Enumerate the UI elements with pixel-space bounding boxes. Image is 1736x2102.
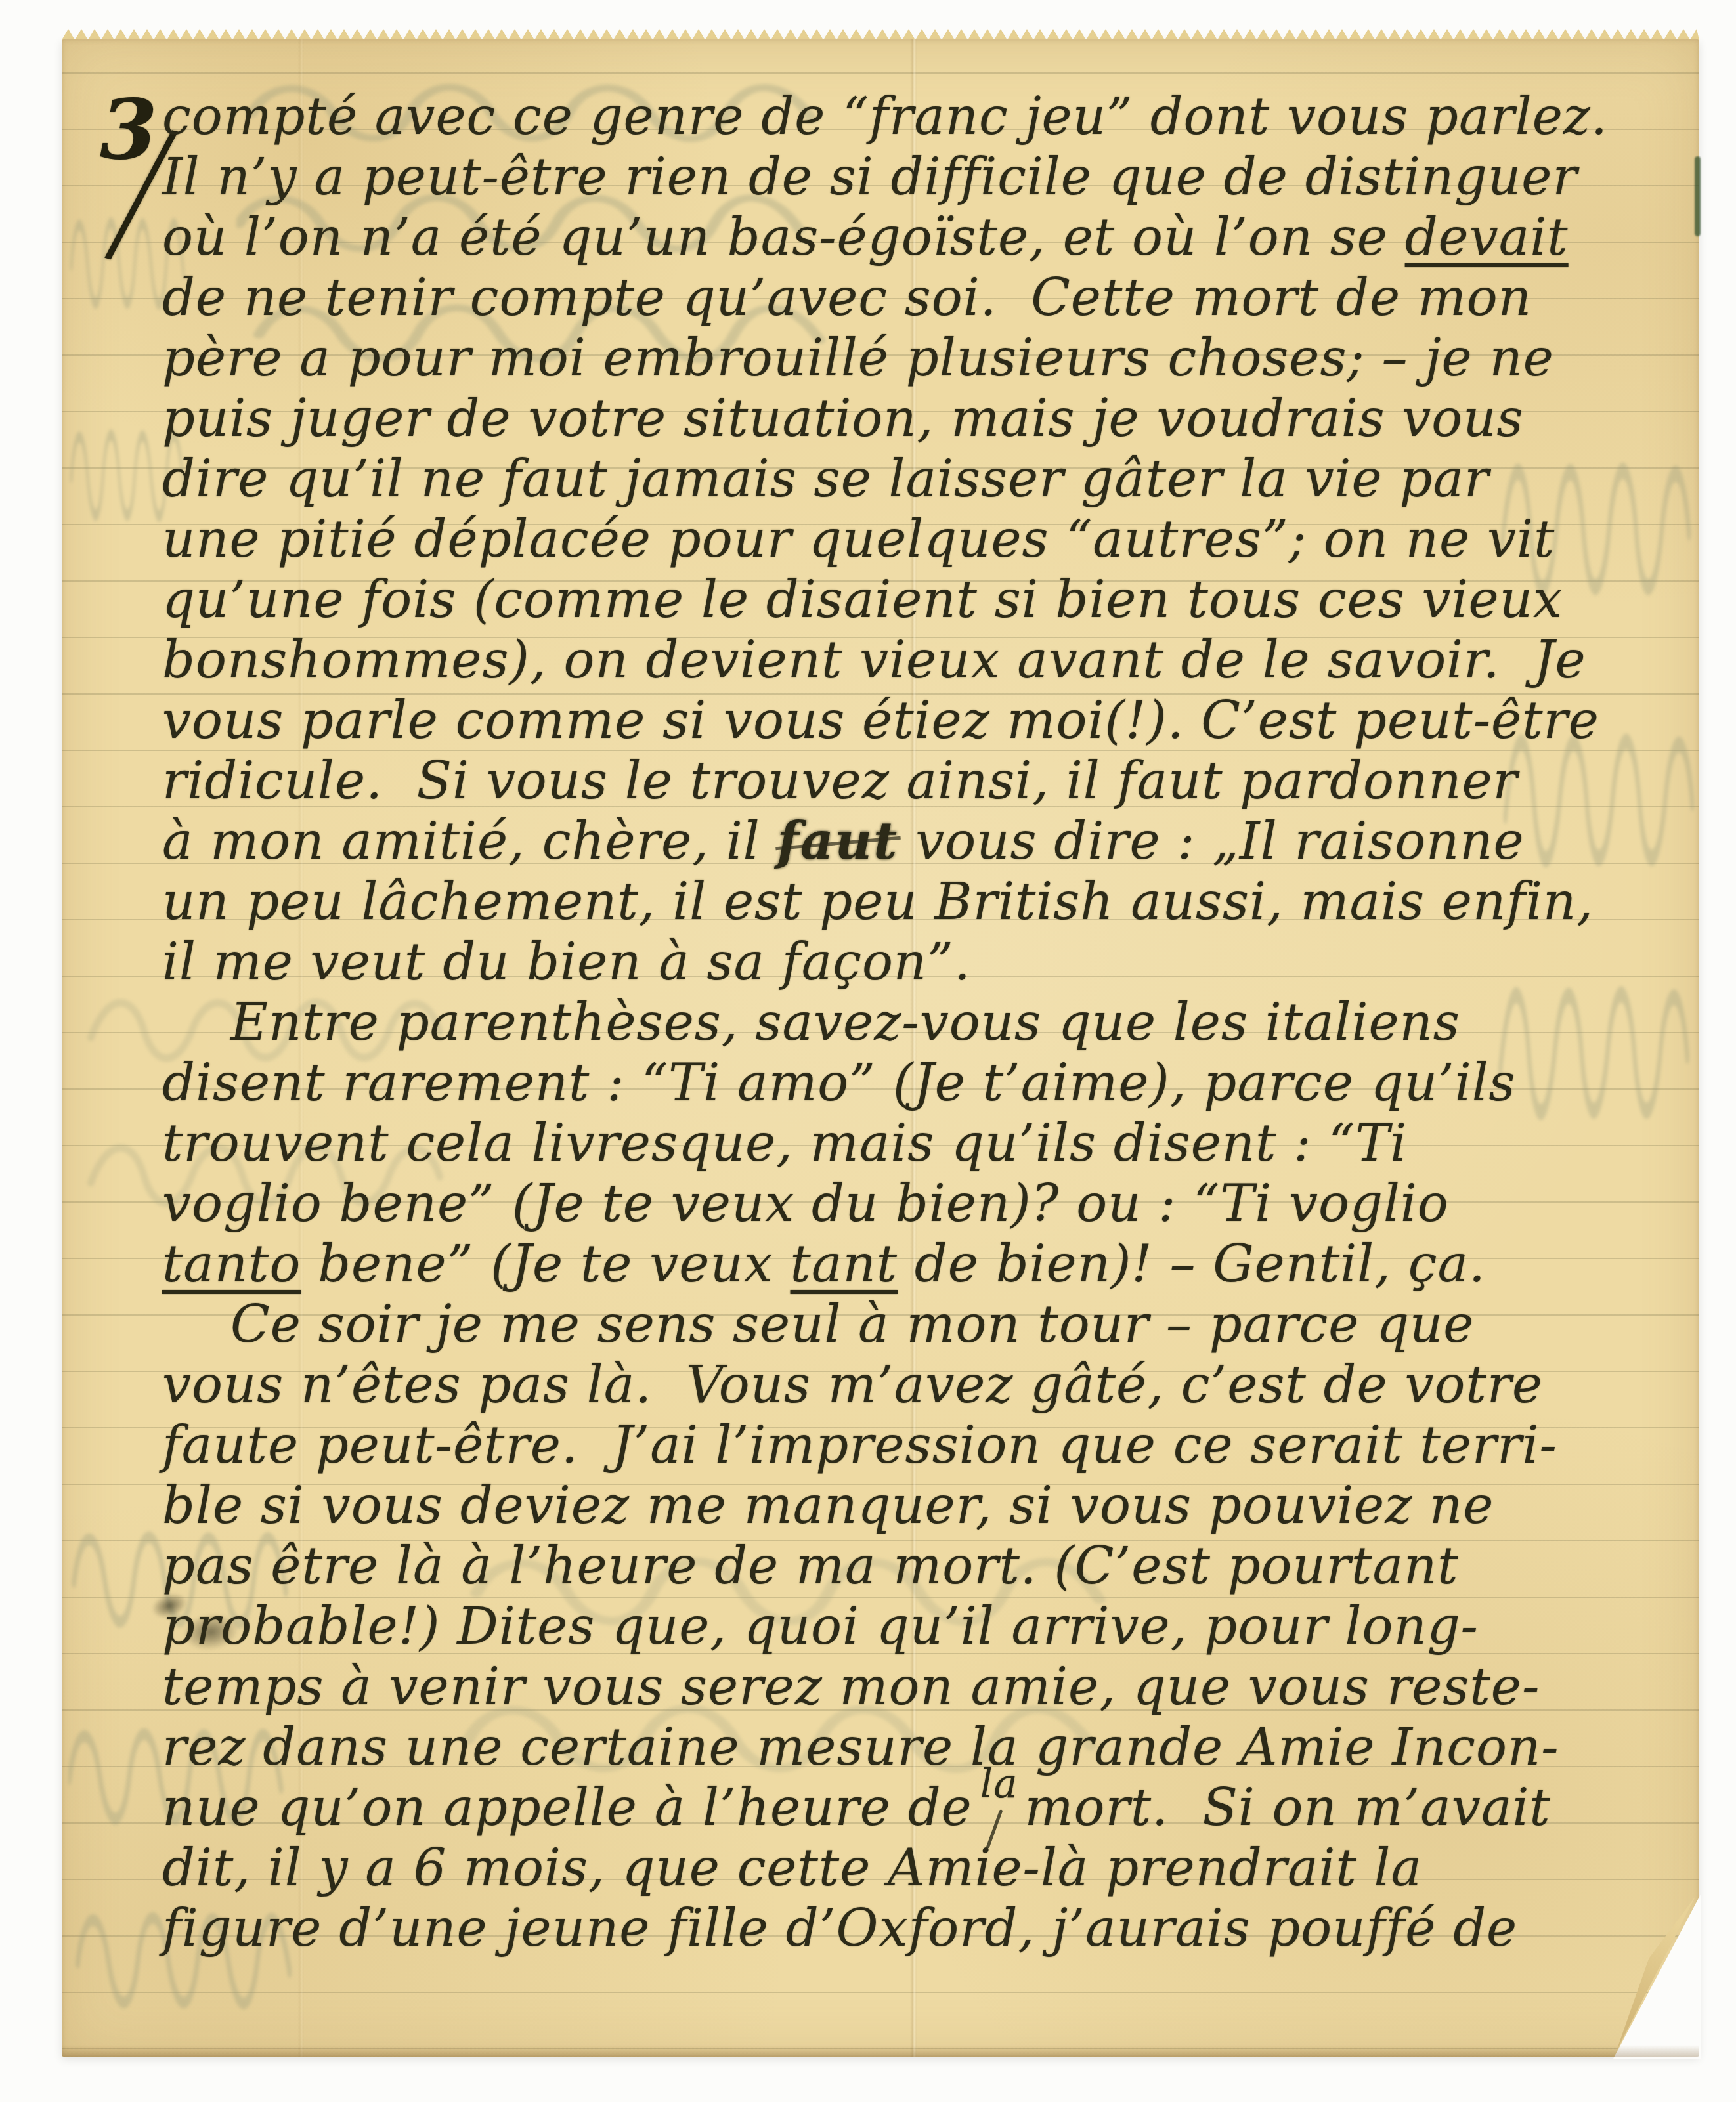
letter-line: père a pour moi embrouillé plusieurs cho… [162,328,1692,389]
letter-segment-underline: tant [791,1235,898,1294]
letter-segment: dit, il y a 6 mois, que cette Amie-là pr… [162,1839,1422,1898]
letter-line: il me veut du bien à sa façon”. [162,932,1692,993]
letter-segment: Ce soir je me sens seul à mon tour – par… [230,1295,1474,1354]
letter-line: disent rarement : “Ti amo” (Je t’aime), … [162,1053,1692,1113]
letter-segment: père a pour moi embrouillé plusieurs cho… [162,329,1554,388]
letter-line: bonshommes), on devient vieux avant de l… [162,630,1692,691]
letter-line: temps à venir vous serez mon amie, que v… [162,1657,1692,1717]
letter-segment: pas être là à l’heure de ma mort. (C’est… [162,1537,1459,1596]
letter-line: de ne tenir compte qu’avec soi. Cette mo… [162,268,1692,328]
letter-line: où l’on n’a été qu’un bas-égoïste, et où… [162,207,1692,268]
letter-segment: Il n’y a peut-être rien de si difficile … [162,148,1578,207]
letter-line: qu’une fois (comme le disaient si bien t… [162,570,1692,630]
letter-segment-underline: tanto [162,1235,301,1294]
letter-segment: dire qu’il ne faut jamais se laisser gât… [162,450,1489,509]
letter-segment: où l’on n’a été qu’un bas-égoïste, et où… [162,208,1405,267]
letter-segment: vous parle comme si vous étiez moi(!). C… [162,691,1599,750]
letter-segment: vous n’êtes pas là. Vous m’avez gâté, c’… [162,1356,1543,1415]
letter-line: vous n’êtes pas là. Vous m’avez gâté, c’… [162,1355,1692,1415]
letter-segment: faute peut-être. J’ai l’impression que c… [162,1416,1557,1475]
letter-segment: bene” (Je te veux [301,1235,790,1294]
letter-body: compté avec ce genre de “franc jeu” dont… [162,87,1692,1959]
letter-segment: un peu lâchement, il est peu British aus… [162,872,1594,932]
letter-segment: ble si vous deviez me manquer, si vous p… [162,1476,1494,1535]
letter-segment: compté avec ce genre de “franc jeu” dont… [162,87,1608,146]
letter-line: tanto bene” (Je te veux tant de bien)! –… [162,1234,1692,1295]
letter-segment: ridicule. Si vous le trouvez ainsi, il f… [162,752,1518,811]
letter-segment-insert: la [980,1754,1018,1814]
letter-segment: de bien)! – Gentil, ça. [898,1235,1486,1294]
letter-line: trouvent cela livresque, mais qu’ils dis… [162,1113,1692,1174]
letter-segment: rez dans une certaine mesure la grande A… [162,1718,1559,1777]
letter-line: figure d’une jeune fille d’Oxford, j’aur… [162,1898,1692,1959]
letter-line: Ce soir je me sens seul à mon tour – par… [162,1295,1692,1355]
letter-line: Entre parenthèses, savez-vous que les it… [162,993,1692,1053]
letter-line: nue qu’on appelle à l’heure delamort. Si… [162,1778,1692,1838]
letter-segment: voglio bene” (Je te veux du bien)? ou : … [162,1174,1449,1233]
letter-line: voglio bene” (Je te veux du bien)? ou : … [162,1174,1692,1234]
letter-line: compté avec ce genre de “franc jeu” dont… [162,87,1692,147]
letter-line: probable!) Dites que, quoi qu’il arrive,… [162,1597,1692,1657]
letter-segment: nue qu’on appelle à l’heure de [162,1778,972,1837]
letter-line: pas être là à l’heure de ma mort. (C’est… [162,1536,1692,1597]
letter-segment: puis juger de votre situation, mais je v… [162,389,1524,448]
letter-segment: figure d’une jeune fille d’Oxford, j’aur… [162,1899,1517,1958]
letter-line: rez dans une certaine mesure la grande A… [162,1717,1692,1778]
letter-line: dire qu’il ne faut jamais se laisser gât… [162,449,1692,509]
letter-segment: il me veut du bien à sa façon”. [162,933,971,992]
letter-segment: mort. Si on m’avait [1024,1778,1550,1837]
letter-segment: qu’une fois (comme le disaient si bien t… [162,570,1563,630]
ink-smear-right-edge [1695,156,1701,236]
letter-line: puis juger de votre situation, mais je v… [162,389,1692,449]
letter-segment-overwrite: faut [777,811,899,872]
letter-segment: une pitié déplacée pour quelques “autres… [162,510,1555,569]
letter-segment: disent rarement : “Ti amo” (Je t’aime), … [162,1054,1516,1113]
letter-segment: à mon amitié, chère, il [162,812,777,871]
letter-line: à mon amitié, chère, il faut vous dire :… [162,811,1692,872]
letter-line: Il n’y a peut-être rien de si difficile … [162,147,1692,207]
letter-line: un peu lâchement, il est peu British aus… [162,872,1692,932]
torn-perforated-edge [62,29,1699,40]
letter-segment: Entre parenthèses, savez-vous que les it… [230,993,1460,1052]
letter-line: ble si vous deviez me manquer, si vous p… [162,1476,1692,1536]
letter-segment-underline: devait [1405,208,1569,267]
letter-segment: de ne tenir compte qu’avec soi. Cette mo… [162,268,1532,328]
letter-line: dit, il y a 6 mois, que cette Amie-là pr… [162,1838,1692,1898]
letter-segment: trouvent cela livresque, mais qu’ils dis… [162,1114,1407,1173]
scan-background: 3/ compté avec ce genre de “franc jeu” d… [0,0,1736,2102]
ruled-paper-sheet: 3/ compté avec ce genre de “franc jeu” d… [62,39,1699,2057]
letter-line: vous parle comme si vous étiez moi(!). C… [162,691,1692,751]
letter-line: faute peut-être. J’ai l’impression que c… [162,1415,1692,1476]
letter-line: une pitié déplacée pour quelques “autres… [162,509,1692,570]
letter-line: ridicule. Si vous le trouvez ainsi, il f… [162,751,1692,811]
letter-segment: vous dire : „Il raisonne [898,812,1524,871]
letter-segment: bonshommes), on devient vieux avant de l… [162,631,1586,690]
letter-segment: temps à venir vous serez mon amie, que v… [162,1658,1540,1717]
letter-segment: probable!) Dites que, quoi qu’il arrive,… [162,1597,1479,1656]
